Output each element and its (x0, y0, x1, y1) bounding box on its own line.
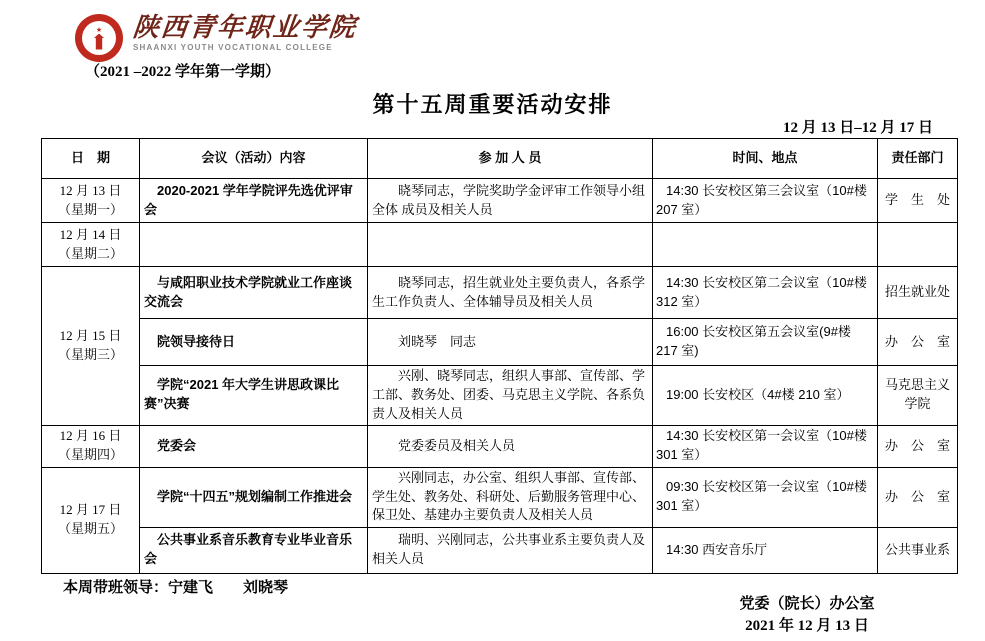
college-name-en: SHAANXI YOUTH VOCATIONAL COLLEGE (133, 43, 357, 52)
col-header-participants: 参 加 人 员 (368, 139, 653, 179)
star-icon: ★ (96, 27, 102, 34)
table-row: 12 月 14 日 （星期二） (42, 223, 958, 267)
content-cell: 学院“2021 年大学生讲思政课比赛”决赛 (140, 366, 368, 426)
content-cell: 公共事业系音乐教育专业毕业音乐会 (140, 527, 368, 573)
issue-date: 2021 年 12 月 13 日 (687, 615, 927, 637)
participants-cell: 兴刚同志，办公室、组织人事部、宣传部、学生处、教务处、科研处、后勤服务管理中心、… (368, 467, 653, 527)
participants-cell: 党委委员及相关人员 (368, 425, 653, 467)
col-header-content: 会议（活动）内容 (140, 139, 368, 179)
college-name-cn: 陕西青年职业学院 (132, 14, 359, 42)
participants-cell: 晓琴同志，招生就业处主要负责人，各系学生工作负责人、全体辅导员及相关人员 (368, 267, 653, 319)
document-page: ★ 陕西青年职业学院 SHAANXI YOUTH VOCATIONAL COLL… (0, 0, 985, 641)
college-seal-icon: ★ (75, 14, 123, 62)
date-cell: 12 月 13 日 （星期一） (42, 179, 140, 223)
department-cell: 办 公 室 (878, 425, 958, 467)
department-cell: 马克思主义学院 (878, 366, 958, 426)
week-date-range: 12 月 13 日–12 月 17 日 (783, 116, 933, 137)
col-header-time-place: 时间、地点 (653, 139, 878, 179)
date-cell: 12 月 15 日 （星期三） (42, 267, 140, 426)
participants-cell: 刘晓琴 同志 (368, 319, 653, 366)
page-title: 第十五周重要活动安排 (0, 88, 985, 119)
schedule-table: 日 期 会议（活动）内容 参 加 人 员 时间、地点 责任部门 12 月 13 … (41, 138, 958, 574)
college-brand: 陕西青年职业学院 SHAANXI YOUTH VOCATIONAL COLLEG… (133, 14, 357, 52)
table-row: 12 月 16 日 （星期四） 党委会 党委委员及相关人员 14:30 长安校区… (42, 425, 958, 467)
table-row: 12 月 15 日 （星期三） 与咸阳职业技术学院就业工作座谈交流会 晓琴同志，… (42, 267, 958, 319)
content-cell: 党委会 (140, 425, 368, 467)
issuer-office: 党委（院长）办公室 (687, 593, 927, 615)
participants-cell: 兴刚、晓琴同志，组织人事部、宣传部、学工部、教务处、团委、马克思主义学院、各系负… (368, 366, 653, 426)
department-cell: 公共事业系 (878, 527, 958, 573)
duty-leaders: 本周带班领导：宁建飞 刘晓琴 (63, 576, 288, 597)
table-row: 公共事业系音乐教育专业毕业音乐会 瑞明、兴刚同志，公共事业系主要负责人及相关人员… (42, 527, 958, 573)
content-cell: 学院“十四五”规划编制工作推进会 (140, 467, 368, 527)
content-cell (140, 223, 368, 267)
participants-cell (368, 223, 653, 267)
time-place-cell: 14:30 长安校区第一会议室（10#楼 301 室） (653, 425, 878, 467)
issuer-block: 党委（院长）办公室 2021 年 12 月 13 日 (687, 593, 927, 637)
department-cell: 办 公 室 (878, 319, 958, 366)
tower-icon (94, 34, 104, 50)
time-place-cell: 14:30 长安校区第三会议室（10#楼 207 室） (653, 179, 878, 223)
participants-cell: 瑞明、兴刚同志，公共事业系主要负责人及相关人员 (368, 527, 653, 573)
department-cell: 办 公 室 (878, 467, 958, 527)
table-row: 12 月 13 日 （星期一） 2020-2021 学年学院评先选优评审会 晓琴… (42, 179, 958, 223)
time-place-cell: 14:30 西安音乐厅 (653, 527, 878, 573)
content-cell: 与咸阳职业技术学院就业工作座谈交流会 (140, 267, 368, 319)
letterhead: ★ 陕西青年职业学院 SHAANXI YOUTH VOCATIONAL COLL… (75, 14, 357, 62)
date-cell: 12 月 17 日 （星期五） (42, 467, 140, 573)
time-place-cell: 09:30 长安校区第一会议室（10#楼 301 室） (653, 467, 878, 527)
department-cell (878, 223, 958, 267)
department-cell: 招生就业处 (878, 267, 958, 319)
table-header-row: 日 期 会议（活动）内容 参 加 人 员 时间、地点 责任部门 (42, 139, 958, 179)
semester-label: （2021 –2022 学年第一学期） (85, 60, 280, 81)
time-place-cell: 19:00 长安校区（4#楼 210 室） (653, 366, 878, 426)
content-cell: 2020-2021 学年学院评先选优评审会 (140, 179, 368, 223)
content-cell: 院领导接待日 (140, 319, 368, 366)
department-cell: 学 生 处 (878, 179, 958, 223)
table-row: 学院“2021 年大学生讲思政课比赛”决赛 兴刚、晓琴同志，组织人事部、宣传部、… (42, 366, 958, 426)
time-place-cell: 16:00 长安校区第五会议室(9#楼 217 室) (653, 319, 878, 366)
time-place-cell (653, 223, 878, 267)
table-row: 院领导接待日 刘晓琴 同志 16:00 长安校区第五会议室(9#楼 217 室)… (42, 319, 958, 366)
table-row: 12 月 17 日 （星期五） 学院“十四五”规划编制工作推进会 兴刚同志，办公… (42, 467, 958, 527)
time-place-cell: 14:30 长安校区第二会议室（10#楼 312 室） (653, 267, 878, 319)
col-header-department: 责任部门 (878, 139, 958, 179)
date-cell: 12 月 16 日 （星期四） (42, 425, 140, 467)
participants-cell: 晓琴同志，学院奖助学金评审工作领导小组全体 成员及相关人员 (368, 179, 653, 223)
col-header-date: 日 期 (42, 139, 140, 179)
date-cell: 12 月 14 日 （星期二） (42, 223, 140, 267)
